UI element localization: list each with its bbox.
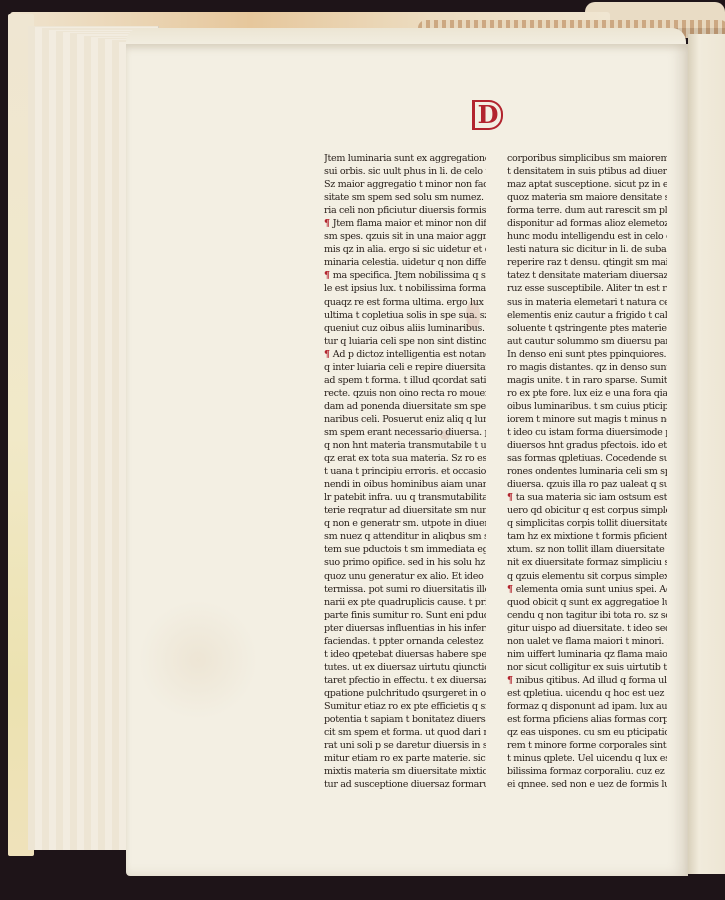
line-text: quod obicit q sunt ex aggregatioe lucis.… <box>507 597 667 608</box>
text-line: Jtem luminaria sunt ex aggregatione luci… <box>324 152 486 165</box>
text-line: magis unite. t in raro sparse. Sumit eti… <box>507 374 667 387</box>
line-text: forma terre. dum aut rarescit sm plus t … <box>507 205 667 216</box>
line-text: xtum. sz non tollit illam diuersitate qu… <box>507 544 667 555</box>
line-text: non ualet ve flama maiori t minori. plus… <box>507 636 667 647</box>
line-text: est forma pficiens alias formas corporal… <box>507 714 667 725</box>
text-column-left: Jtem luminaria sunt ex aggregatione luci… <box>324 152 486 791</box>
text-line: queniut cuz oibus aliis luminaribus. erg… <box>324 322 486 335</box>
text-line: t ideo qpetebat diuersas habere spes t u… <box>324 648 486 661</box>
line-text: ma specifica. Jtem nobilissima q sit in … <box>333 270 486 281</box>
text-line: nit ex diuersitate formaz simpliciu sic … <box>507 556 667 569</box>
line-text: magis unite. t in raro sparse. Sumit eti… <box>507 375 667 386</box>
line-text: q simplicitas corpis tollit diuersitatez… <box>507 518 667 529</box>
line-text: ruz esse susceptibile. Aliter tn est raz… <box>507 283 667 294</box>
text-line: q simplicitas corpis tollit diuersitatez… <box>507 517 667 530</box>
text-line: t minus qplete. Uel uicendu q lux est no <box>507 752 667 765</box>
line-text: ro magis distantes. qz in denso sunt qps… <box>507 362 667 373</box>
text-line: tutes. ut ex diuersaz uirtutu qiunctioe … <box>324 661 486 674</box>
line-text: sm spes. qzuis sit in una maior aggregat… <box>324 231 486 242</box>
text-line: hunc modu intelligendu est in celo cuz i… <box>507 230 667 243</box>
text-line: ruz esse susceptibile. Aliter tn est raz… <box>507 282 667 295</box>
line-text: tatez t densitate materiam diuersaz form… <box>507 270 667 281</box>
text-line: ¶ mibus qitibus. Ad illud q forma ultima <box>507 674 667 687</box>
text-line: uero qd obicitur q est corpus simplex. u… <box>507 504 667 517</box>
text-line: ¶ Jtem flama maior et minor non differut <box>324 217 486 230</box>
text-line: diuersa. qzuis illa ro paz ualeat q sut … <box>507 478 667 491</box>
text-line: lesti natura sic dicitur in li. de suba … <box>507 243 667 256</box>
text-line: qz erat ex tota sua materia. Sz ro est f… <box>324 452 486 465</box>
rubricated-capital: ¶ <box>507 675 516 686</box>
text-line: quoz unu generatur ex alio. Et ideo roe … <box>324 570 486 583</box>
text-column-right: corporibus simplicibus sm maiorem rarita… <box>507 152 667 791</box>
line-text: tur q luiaria celi spe non sint distinct… <box>324 336 486 347</box>
line-text: hunc modu intelligendu est in celo cuz i… <box>507 231 667 242</box>
line-text: elementa omia sunt unius spei. Ad illud <box>516 584 667 595</box>
text-line: est qpletiua. uicendu q hoc est uez resp… <box>507 687 667 700</box>
text-line: tur q luiaria celi spe non sint distinct… <box>324 335 486 348</box>
line-text: quoz unu generatur ex alio. Et ideo roe … <box>324 571 486 582</box>
text-line: xtum. sz non tollit illam diuersitate qu… <box>507 543 667 556</box>
text-line: est forma pficiens alias formas corporal… <box>507 713 667 726</box>
text-line: t ideo cu istam forma diuersimode pticip… <box>507 426 667 439</box>
line-text: parte finis sumitur ro. Sunt eni pducta … <box>324 610 486 621</box>
line-text: disponitur ad formas alioz elemetoz. Per <box>507 218 667 229</box>
text-line: t densitatem in suis ptibus ad diuersaz … <box>507 165 667 178</box>
line-text: mixtis materia sm diuersitate mixtioni a… <box>324 766 486 777</box>
text-line: terie reqratur ad diuersitate sm numez. … <box>324 504 486 517</box>
text-line: soluente t qstringente ptes materie. in … <box>507 322 667 335</box>
text-line: termissa. pot sumi ro diuersitatis illoz… <box>324 583 486 596</box>
text-line: rat uni soli p se daretur diuersis in sp… <box>324 739 486 752</box>
line-text: gitur uispo ad diuersitate. t ideo seque… <box>507 623 667 634</box>
line-text: rat uni soli p se daretur diuersis in sp… <box>324 740 486 751</box>
line-text: Ad p dictoz intelligentia est notandu <box>333 349 486 360</box>
text-line: recte. qzuis non oino recta ro mouerit q… <box>324 387 486 400</box>
text-line: aut cautur solummo sm diuersu partiu sit… <box>507 335 667 348</box>
text-line: quoz materia sm maiore densitate suscipi… <box>507 191 667 204</box>
signature-initial: D <box>472 100 503 130</box>
text-line: sm spem erant necessario diuersa. pter h… <box>324 426 486 439</box>
text-line: ei qnnee. sed non e uez de formis lumina… <box>507 778 667 791</box>
line-text: sm nuez q attenditur in aliqbus sm simil… <box>324 531 486 542</box>
line-text: Sz maior aggregatio t minor non facit di… <box>324 179 486 190</box>
line-text: In denso eni sunt ptes ppinquiores. t in… <box>507 349 667 360</box>
text-line: mitur etiam ro ex parte materie. sic eni… <box>324 752 486 765</box>
text-line: ad spem t forma. t illud qcordat satis r… <box>324 374 486 387</box>
line-text: qz eas uispones. cu sm eu pticipatione m… <box>507 727 667 738</box>
line-text: queniut cuz oibus aliis luminaribus. erg… <box>324 323 486 334</box>
text-line: minaria celestia. uidetur q non differat… <box>324 256 486 269</box>
text-line: sus in materia elemetari t natura celest… <box>507 296 667 309</box>
line-text: bilissima formaz corporaliu. cuz ez q su… <box>507 766 667 777</box>
line-text: t densitatem in suis ptibus ad diuersaz … <box>507 166 667 177</box>
text-line: reperire raz t densu. qtingit sm maiorez… <box>507 256 667 269</box>
text-line: q non e generatr sm. utpote in diuersita… <box>324 517 486 530</box>
text-line: nendi in oibus hominibus aiam unam. sic … <box>324 478 486 491</box>
line-text: uero qd obicitur q est corpus simplex. u… <box>507 505 667 516</box>
line-text: diuersa. qzuis illa ro paz ualeat q sut … <box>507 479 667 490</box>
line-text: dam ad ponenda diuersitate sm spem in lu… <box>324 401 486 412</box>
text-line: ¶ Ad p dictoz intelligentia est notandu <box>324 348 486 361</box>
line-text: lesti natura sic dicitur in li. de suba … <box>507 244 667 255</box>
text-line: ria celi non pficiutur diuersis formis s… <box>324 204 486 217</box>
text-line: elementis eniz cautur a frigido t calido… <box>507 309 667 322</box>
line-text: recte. qzuis non oino recta ro mouerit q… <box>324 388 486 399</box>
text-line: sm nuez q attenditur in aliqbus sm simil… <box>324 530 486 543</box>
line-text: ei qnnee. sed non e uez de formis lumina… <box>507 779 667 790</box>
text-line: lr patebit infra. uu q transmutabilitas … <box>324 491 486 504</box>
rubricated-capital: ¶ <box>324 218 333 229</box>
line-text: aut cautur solummo sm diuersu partiu sit… <box>507 336 667 347</box>
line-text: t ideo qpetebat diuersas habere spes t u… <box>324 649 486 660</box>
line-text: sitate sm spem sed solu sm numez. ergo l… <box>324 192 486 203</box>
line-text: Jtem flama maior et minor non differut <box>333 218 486 229</box>
line-text: nor sicut colligitur ex suis uirtutib t … <box>507 662 667 673</box>
line-text: sui orbis. sic uult phus in li. de celo … <box>324 166 486 177</box>
text-line: ¶ ma specifica. Jtem nobilissima q sit i… <box>324 269 486 282</box>
text-line: nor sicut colligitur ex suis uirtutib t … <box>507 661 667 674</box>
line-text: cendu q non tagitur ibi tota ro. sz solu… <box>507 610 667 621</box>
line-text: cit sm spem et forma. ut quod dari non p… <box>324 727 486 738</box>
text-line: tam hz ex mixtione t formis pficientib m… <box>507 530 667 543</box>
text-line: oibus luminaribus. t sm cuius pticipatio… <box>507 400 667 413</box>
text-line: tur ad susceptione diuersaz formaruz. si… <box>324 778 486 791</box>
text-line: ¶ ta sua materia sic iam ostsum est. Ad … <box>507 491 667 504</box>
text-line: cendu q non tagitur ibi tota ro. sz solu… <box>507 609 667 622</box>
text-line: dam ad ponenda diuersitate sm spem in lu… <box>324 400 486 413</box>
line-text: taret pfectio in effectu. t ex diuersaz … <box>324 675 486 686</box>
text-line: rem t minore forme corporales sint magis <box>507 739 667 752</box>
text-line: nim uiffert luminaria qz flama maior t m… <box>507 648 667 661</box>
text-line: ultima t copletiua solis in spe sua. sz … <box>324 309 486 322</box>
rubricated-capital: ¶ <box>507 492 516 503</box>
text-line: diuersos hnt gradus pfectois. ido etia d… <box>507 439 667 452</box>
text-line: q non hnt materia transmutabile t unuqq <box>324 439 486 452</box>
line-text: ria celi non pficiutur diuersis formis s… <box>324 205 486 216</box>
line-text: elementis eniz cautur a frigido t calido… <box>507 310 667 321</box>
text-line: maz aptat susceptione. sicut pz in eleme… <box>507 178 667 191</box>
line-text: q non hnt materia transmutabile t unuqq <box>324 440 486 451</box>
text-line: tatez t densitate materiam diuersaz form… <box>507 269 667 282</box>
line-text: sas formas qpletiuas. Cocedende sut ergo <box>507 453 667 464</box>
line-text: nim uiffert luminaria qz flama maior t m… <box>507 649 667 660</box>
line-text: rones ondentes luminaria celi sm spez es… <box>507 466 667 477</box>
line-text: quoz materia sm maiore densitate suscipi… <box>507 192 667 203</box>
line-text: tam hz ex mixtione t formis pficientib m… <box>507 531 667 542</box>
line-text: diuersos hnt gradus pfectois. ido etia d… <box>507 440 667 451</box>
text-line: narii ex pte quadruplicis cause. t primi… <box>324 596 486 609</box>
line-text: le est ipsius lux. t nobilissima forma i… <box>324 283 486 294</box>
text-line: naribus celi. Posuerut eniz aliq q lumin… <box>324 413 486 426</box>
line-text: qz erat ex tota sua materia. Sz ro est f… <box>324 453 486 464</box>
line-text: ro ex pte fore. lux eiz e una fora qia r… <box>507 388 667 399</box>
line-text: Jtem luminaria sunt ex aggregatione luci… <box>324 153 486 164</box>
text-line: qz eas uispones. cu sm eu pticipatione m… <box>507 726 667 739</box>
line-text: tutes. ut ex diuersaz uirtutu qiunctioe … <box>324 662 486 673</box>
text-line: disponitur ad formas alioz elemetoz. Per <box>507 217 667 230</box>
line-text: ta sua materia sic iam ostsum est. Ad il… <box>516 492 667 503</box>
text-line: sas formas qpletiuas. Cocedende sut ergo <box>507 452 667 465</box>
text-line: mis qz in alia. ergo si sic uidetur et c… <box>324 243 486 256</box>
line-text: pter diuersas influentias in his inferio… <box>324 623 486 634</box>
rubricated-capital: ¶ <box>324 270 333 281</box>
text-line: ro magis distantes. qz in denso sunt qps… <box>507 361 667 374</box>
text-line: Sumitur etiaz ro ex pte efficietis q sm … <box>324 700 486 713</box>
line-text: reperire raz t densu. qtingit sm maiorez… <box>507 257 667 268</box>
rubricated-capital: ¶ <box>324 349 333 360</box>
text-line: pter diuersas influentias in his inferio… <box>324 622 486 635</box>
text-line: q qzuis elementu sit corpus simplex. no … <box>507 570 667 583</box>
recto-page-edge <box>688 34 725 874</box>
line-text: ad spem t forma. t illud qcordat satis r… <box>324 375 486 386</box>
text-line: quaqz re est forma ultima. ergo lux est … <box>324 296 486 309</box>
line-text: t ideo cu istam forma diuersimode pticip… <box>507 427 667 438</box>
line-text: narii ex pte quadruplicis cause. t primi… <box>324 597 486 608</box>
line-text: q qzuis elementu sit corpus simplex. no … <box>507 571 667 582</box>
line-text: q non e generatr sm. utpote in diuersita… <box>324 518 486 529</box>
text-line: sitate sm spem sed solu sm numez. ergo l… <box>324 191 486 204</box>
line-text: maz aptat susceptione. sicut pz in eleme… <box>507 179 667 190</box>
text-line: bilissima formaz corporaliu. cuz ez q su… <box>507 765 667 778</box>
line-text: Sumitur etiaz ro ex pte efficietis q sm … <box>324 701 486 712</box>
text-line: gitur uispo ad diuersitate. t ideo seque… <box>507 622 667 635</box>
line-text: iorem t minore sut magis t minus nobilia… <box>507 414 667 425</box>
line-text: nit ex diuersitate formaz simpliciu sic … <box>507 557 667 568</box>
text-line: parte finis sumitur ro. Sunt eni pducta … <box>324 609 486 622</box>
line-text: potentia t sapiam t bonitatez diuersa pd… <box>324 714 486 725</box>
text-line: cit sm spem et forma. ut quod dari non p… <box>324 726 486 739</box>
text-line: tem sue pductois t sm immediata egressuz… <box>324 543 486 556</box>
line-text: sus in materia elemetari t natura celest… <box>507 297 667 308</box>
line-text: oibus luminaribus. t sm cuius pticipatio… <box>507 401 667 412</box>
line-text: nendi in oibus hominibus aiam unam. sic … <box>324 479 486 490</box>
line-text: corporibus simplicibus sm maiorem rarita… <box>507 153 667 164</box>
text-line: sm spes. qzuis sit in una maior aggregat… <box>324 230 486 243</box>
line-text: t minus qplete. Uel uicendu q lux est no <box>507 753 667 764</box>
text-line: ro ex pte fore. lux eiz e una fora qia r… <box>507 387 667 400</box>
line-text: tur ad susceptione diuersaz formaruz. si… <box>324 779 486 790</box>
text-line: In denso eni sunt ptes ppinquiores. t in… <box>507 348 667 361</box>
line-text: tem sue pductois t sm immediata egressuz… <box>324 544 486 555</box>
line-text: rem t minore forme corporales sint magis <box>507 740 667 751</box>
rubricated-capital: ¶ <box>507 584 516 595</box>
line-text: mibus qitibus. Ad illud q forma ultima <box>516 675 667 686</box>
line-text: est qpletiua. uicendu q hoc est uez resp… <box>507 688 667 699</box>
text-line: sui orbis. sic uult phus in li. de celo … <box>324 165 486 178</box>
text-line: mixtis materia sm diuersitate mixtioni a… <box>324 765 486 778</box>
text-line: ¶ elementa omia sunt unius spei. Ad illu… <box>507 583 667 596</box>
line-text: terie reqratur ad diuersitate sm numez. … <box>324 505 486 516</box>
text-line: le est ipsius lux. t nobilissima forma i… <box>324 282 486 295</box>
line-text: faciendas. t ppter ornanda celestez natu… <box>324 636 486 647</box>
text-line: iorem t minore sut magis t minus nobilia… <box>507 413 667 426</box>
text-line: non ualet ve flama maiori t minori. plus… <box>507 635 667 648</box>
line-text: sm spem erant necessario diuersa. pter h… <box>324 427 486 438</box>
line-text: termissa. pot sumi ro diuersitatis illoz… <box>324 584 486 595</box>
line-text: minaria celestia. uidetur q non differat… <box>324 257 486 268</box>
text-line: quod obicit q sunt ex aggregatioe lucis.… <box>507 596 667 609</box>
line-text: mitur etiam ro ex parte materie. sic eni… <box>324 753 486 764</box>
text-line: forma terre. dum aut rarescit sm plus t … <box>507 204 667 217</box>
text-line: Sz maior aggregatio t minor non facit di… <box>324 178 486 191</box>
text-line: qpatione pulchritudo qsurgeret in ornatu… <box>324 687 486 700</box>
line-text: mis qz in alia. ergo si sic uidetur et c… <box>324 244 486 255</box>
text-line: suo primo opifice. sed in his solu hz ue… <box>324 556 486 569</box>
line-text: t uana t principiu erroris. et occasio f… <box>324 466 486 477</box>
line-text: suo primo opifice. sed in his solu hz ue… <box>324 557 486 568</box>
text-line: t uana t principiu erroris. et occasio f… <box>324 465 486 478</box>
line-text: q inter luiaria celi e repire diuersitat… <box>324 362 486 373</box>
text-line: formaz q disponunt ad ipam. lux aut post <box>507 700 667 713</box>
line-text: soluente t qstringente ptes materie. in … <box>507 323 667 334</box>
line-text: naribus celi. Posuerut eniz aliq q lumin… <box>324 414 486 425</box>
foxing-stain <box>138 600 258 720</box>
line-text: qpatione pulchritudo qsurgeret in ornatu… <box>324 688 486 699</box>
line-text: lr patebit infra. uu q transmutabilitas … <box>324 492 486 503</box>
line-text: ultima t copletiua solis in spe sua. sz … <box>324 310 486 321</box>
text-line: rones ondentes luminaria celi sm spez es… <box>507 465 667 478</box>
line-text: formaz q disponunt ad ipam. lux aut post <box>507 701 667 712</box>
text-line: potentia t sapiam t bonitatez diuersa pd… <box>324 713 486 726</box>
text-line: corporibus simplicibus sm maiorem rarita… <box>507 152 667 165</box>
text-line: faciendas. t ppter ornanda celestez natu… <box>324 635 486 648</box>
text-line: q inter luiaria celi e repire diuersitat… <box>324 361 486 374</box>
line-text: quaqz re est forma ultima. ergo lux est … <box>324 297 486 308</box>
text-line: taret pfectio in effectu. t ex diuersaz … <box>324 674 486 687</box>
